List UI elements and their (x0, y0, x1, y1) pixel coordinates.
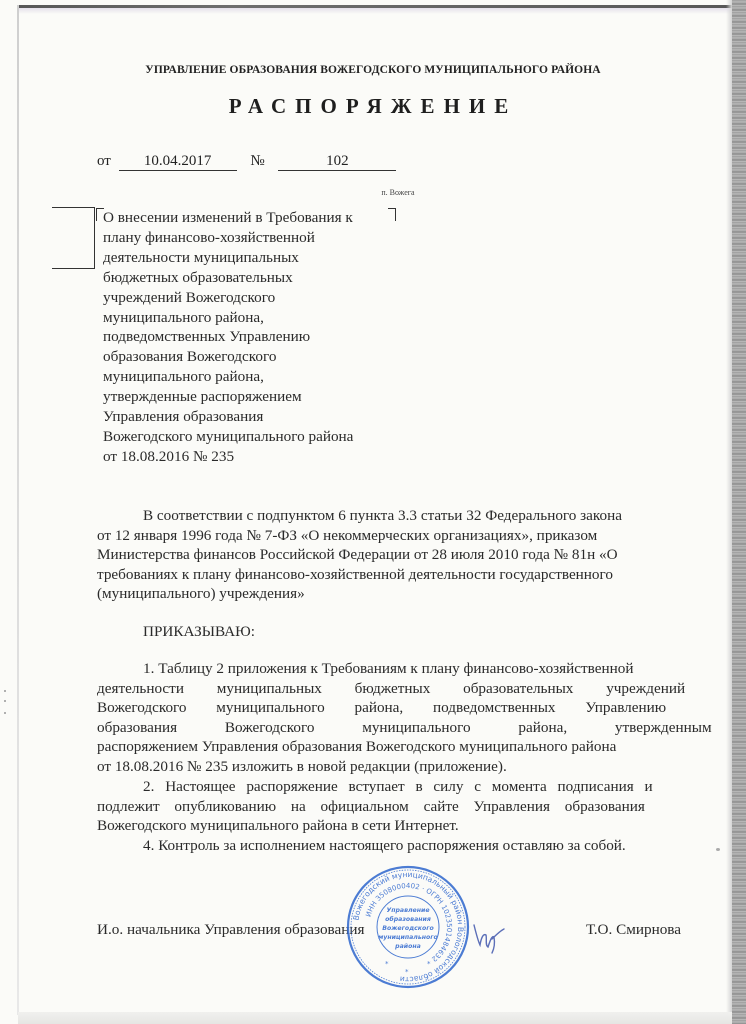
paragraph-line: Вожегодского муниципального района, подв… (97, 698, 713, 718)
scan-speck (4, 700, 6, 702)
stamp-inner-line: района (394, 943, 421, 950)
paragraph-line: подлежит опубликованию на официальном са… (97, 797, 713, 817)
scan-edge-bottom (18, 1012, 732, 1024)
document-meta: от 10.04.2017 № 102 (97, 153, 396, 171)
stamp-inner-line: муниципального (378, 934, 438, 941)
scan-speck (4, 690, 6, 692)
paragraph-line: от 18.08.2016 № 235 изложить в новой ред… (97, 757, 713, 777)
number-label: № (250, 153, 264, 170)
official-stamp-icon: Вожегодский муниципальный район Вологодс… (345, 864, 471, 990)
handwritten-signature-icon (468, 915, 508, 955)
signer-position: И.о. начальника Управления образования (97, 921, 365, 939)
subject-line: бюджетных образовательных (103, 268, 393, 288)
organization-header: УПРАВЛЕНИЕ ОБРАЗОВАНИЯ ВОЖЕГОДСКОГО МУНИ… (0, 64, 746, 76)
document-number: 102 (278, 153, 396, 171)
paragraph-line: 4. Контроль за исполнением настоящего ра… (97, 836, 713, 856)
document-date: 10.04.2017 (119, 153, 237, 171)
paragraph-line: требованиях к плану финансово-хозяйствен… (97, 565, 713, 585)
subject-line: муниципального района, (103, 367, 393, 387)
subject-line: образования Вожегодского (103, 347, 393, 367)
paragraph-line: Вожегодского муниципального района в сет… (97, 816, 713, 836)
paragraph-line: Министерства финансов Российской Федерац… (97, 545, 713, 565)
scan-speck (716, 848, 720, 851)
order-word: ПРИКАЗЫВАЮ: (143, 623, 255, 641)
paragraph-line: образования Вожегодского муниципального … (97, 718, 713, 738)
svg-text:*: * (385, 960, 389, 968)
paragraph-line: В соответствии с подпунктом 6 пункта 3.3… (97, 506, 713, 526)
subject-line: от 18.08.2016 № 235 (103, 447, 393, 467)
date-label: от (97, 153, 111, 170)
subject-line: учреждений Вожегодского (103, 288, 393, 308)
registration-box (52, 207, 95, 269)
stamp-inner-line: Вожегодского (382, 925, 434, 932)
subject-line: деятельности муниципальных (103, 248, 393, 268)
stamp-inner-line: образования (385, 915, 431, 923)
svg-text:*: * (405, 968, 409, 976)
paragraph-line: 2. Настоящее распоряжение вступает в сил… (97, 777, 713, 797)
order-item-4: 4. Контроль за исполнением настоящего ра… (97, 836, 713, 856)
paragraph-line: деятельности муниципальных бюджетных обр… (97, 679, 713, 699)
preamble-paragraph: В соответствии с подпунктом 6 пункта 3.3… (97, 506, 713, 604)
subject-line: Управления образования (103, 407, 393, 427)
paragraph-line: 1. Таблицу 2 приложения к Требованиям к … (97, 659, 713, 679)
document-subject: О внесении изменений в Требования к план… (103, 208, 393, 467)
paragraph-line: распоряжением Управления образования Вож… (97, 737, 713, 757)
svg-text:*: * (427, 960, 431, 968)
subject-line: муниципального района, (103, 308, 393, 328)
document-place: п. Вожега (0, 188, 746, 197)
paragraph-line: от 12 января 1996 года № 7-ФЗ «О некомме… (97, 526, 713, 546)
scan-speck (4, 712, 6, 714)
subject-line: О внесении изменений в Требования к (103, 208, 393, 228)
scan-edge-right (732, 0, 746, 1024)
subject-line: плану финансово-хозяйственной (103, 228, 393, 248)
stamp-inner-line: Управление (386, 907, 429, 914)
signer-name: Т.О. Смирнова (586, 921, 681, 939)
scan-edge-left (17, 5, 19, 1015)
paragraph-line: (муниципального) учреждения» (97, 584, 713, 604)
subject-line: Вожегодского муниципального района (103, 427, 393, 447)
order-item-2: 2. Настоящее распоряжение вступает в сил… (97, 777, 713, 836)
scan-edge-top-shadow (18, 8, 734, 14)
order-item-1: 1. Таблицу 2 приложения к Требованиям к … (97, 659, 713, 777)
subject-line: утвержденные распоряжением (103, 387, 393, 407)
subject-line: подведомственных Управлению (103, 327, 393, 347)
document-title: РАСПОРЯЖЕНИЕ (0, 94, 746, 119)
